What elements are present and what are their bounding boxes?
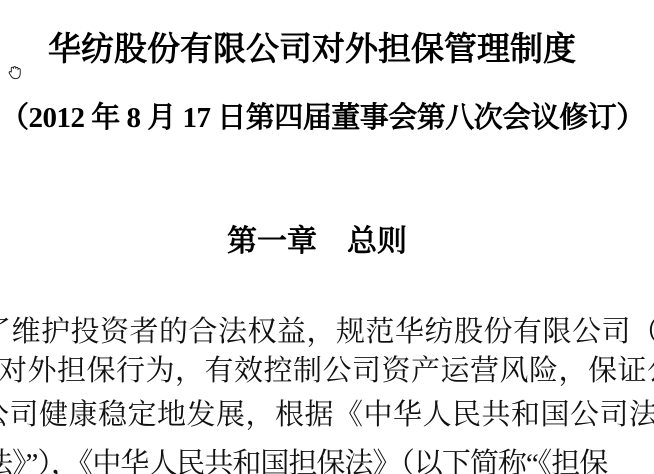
document-title: 华纺股份有限公司对外担保管理制度	[48, 34, 576, 67]
grab-hand-cursor-icon	[6, 62, 23, 82]
body-line-2: 对外担保行为，有效控制公司资产运营风险，保证公	[0, 357, 654, 386]
body-line-4: 法》”），《中华人民共和国担保法》（以下简称“《担保	[0, 450, 607, 474]
document-subtitle: （2012 年 8 月 17 日第四届董事会第八次会议修订）	[0, 104, 645, 133]
body-line-3: 公司健康稳定地发展，根据《中华人民共和国公司法》	[0, 401, 654, 430]
body-line-1: 了维护投资者的合法权益，规范华纺股份有限公司（	[0, 318, 654, 347]
document-page[interactable]: 华纺股份有限公司对外担保管理制度 （2012 年 8 月 17 日第四届董事会第…	[0, 0, 654, 474]
chapter-heading: 第一章 总则	[227, 227, 407, 257]
